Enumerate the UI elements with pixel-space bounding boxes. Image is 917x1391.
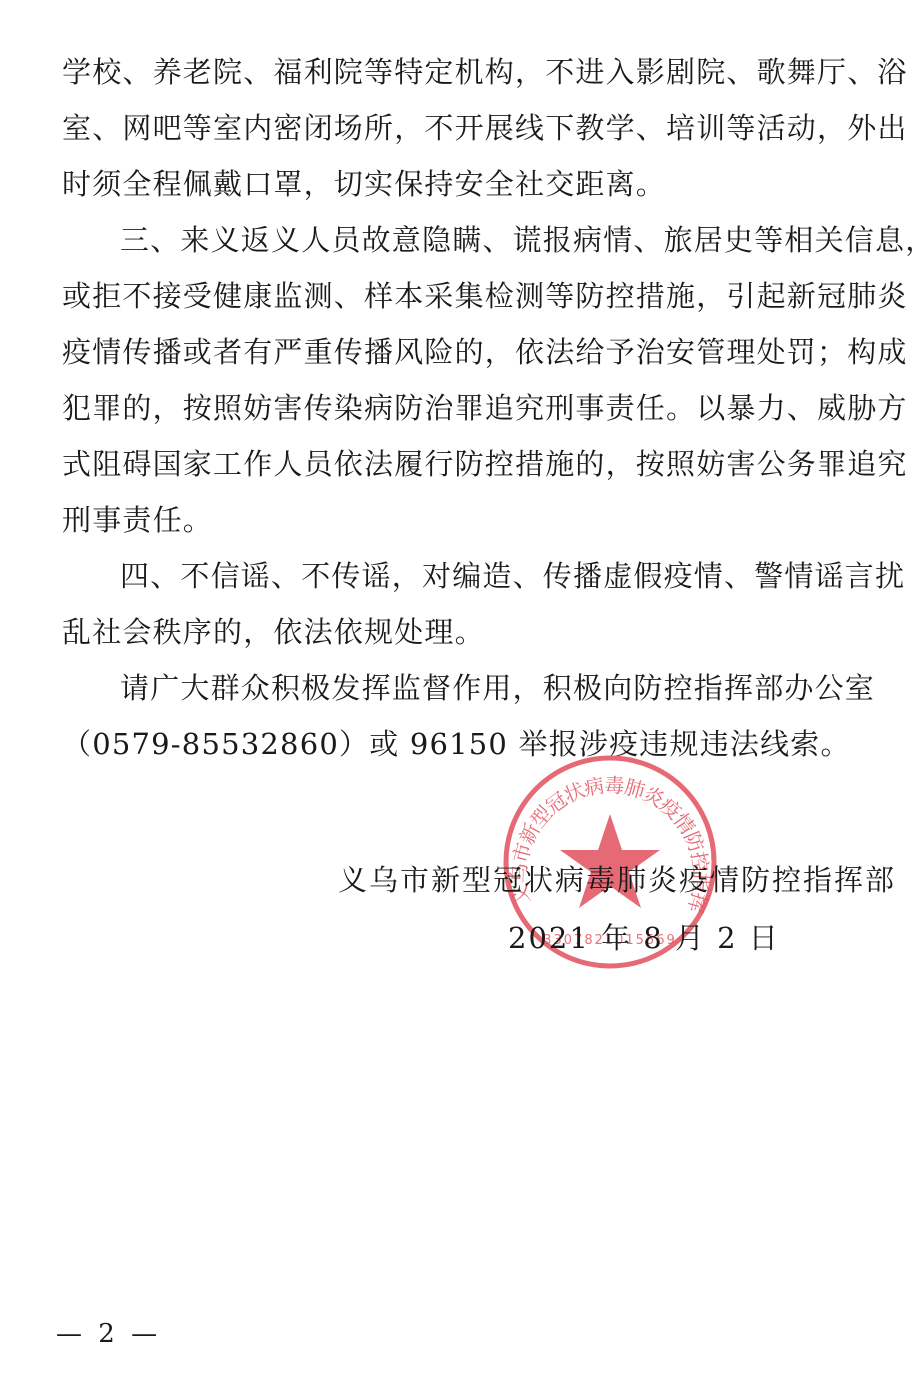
text-line: 乱社会秩序的，依法依规处理。 (62, 612, 862, 652)
text-line: 式阻碍国家工作人员依法履行防控措施的，按照妨害公务罪追究 (62, 444, 862, 484)
text-line: 刑事责任。 (62, 500, 862, 540)
text-line: 或拒不接受健康监测、样本采集检测等防控措施，引起新冠肺炎 (62, 276, 862, 316)
text-line: 学校、养老院、福利院等特定机构，不进入影剧院、歌舞厅、浴 (62, 52, 862, 92)
text-line: （0579-85532860）或 96150 举报涉疫违规违法线索。 (62, 724, 862, 764)
issuing-organization: 义乌市新型冠状病毒肺炎疫情防控指挥部 (338, 860, 896, 900)
text-line: 请广大群众积极发挥监督作用，积极向防控指挥部办公室 (120, 668, 862, 708)
text-line: 疫情传播或者有严重传播风险的，依法给予治安管理处罚；构成 (62, 332, 862, 372)
text-line: 犯罪的，按照妨害传染病防治罪追究刑事责任。以暴力、威胁方 (62, 388, 862, 428)
text-line: 时须全程佩戴口罩，切实保持安全社交距离。 (62, 164, 862, 204)
text-line: 三、来义返义人员故意隐瞒、谎报病情、旅居史等相关信息， (120, 220, 862, 260)
page-number: — 2 — (56, 1316, 161, 1352)
text-line: 室、网吧等室内密闭场所，不开展线下教学、培训等活动，外出 (62, 108, 862, 148)
issue-date: 2021 年 8 月 2 日 (508, 918, 780, 958)
text-line: 四、不信谣、不传谣，对编造、传播虚假疫情、警情谣言扰 (120, 556, 862, 596)
